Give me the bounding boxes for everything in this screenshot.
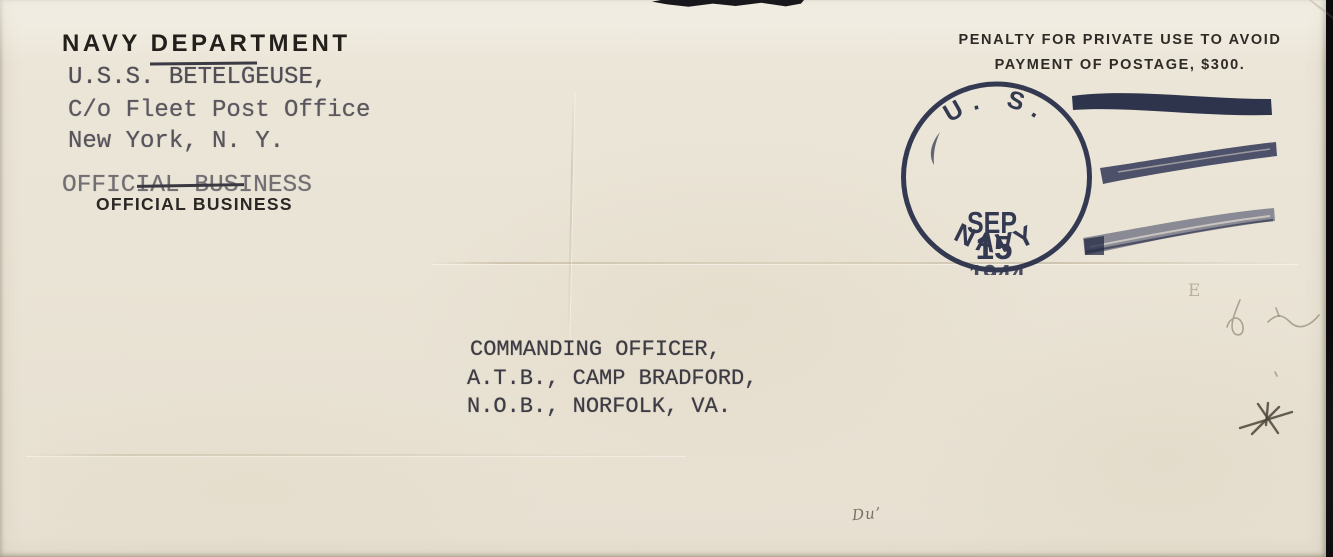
killer-bar-1 [1072,93,1272,115]
penalty-line1: PENALTY FOR PRIVATE USE TO AVOID [930,32,1310,48]
scan-edge-smudge [652,0,804,8]
bar-texture-streak [1118,149,1270,172]
pencil-note-bottom: Du’ [851,504,882,524]
pencil-loop-squiggle [1227,300,1243,335]
corner-crease [1293,0,1333,27]
bar-ink-blotch [1084,236,1104,255]
penalty-line2: PAYMENT OF POSTAGE, $300. [930,57,1310,73]
postmark-ink-crescent [931,132,940,165]
pencil-tick [1276,308,1279,316]
recipient-line3: N.O.B., NORFOLK, VA. [467,393,757,422]
penalty-notice: PENALTY FOR PRIVATE USE TO AVOID PAYMENT… [930,32,1310,73]
horizontal-crease [26,454,686,456]
recipient-line1: COMMANDING OFFICER, [470,336,757,365]
pencil-marks [1180,270,1333,445]
return-address-fleet-post-office: C/o Fleet Post Office [68,97,370,124]
ship-prefix: U.S.S. [68,64,169,91]
pencil-asterisk [1240,403,1292,434]
postmark-year: 1944 [969,259,1025,275]
official-business-printed: OFFICIAL BUSINESS [96,194,293,215]
recipient-address: COMMANDING OFFICER, A.T.B., CAMP BRADFOR… [467,336,757,422]
envelope-paper: NAVY DEPARTMENT U.S.S. BETELGEUSE, C/o F… [0,0,1326,557]
return-address-department: NAVY DEPARTMENT [62,30,351,58]
scanned-envelope: NAVY DEPARTMENT U.S.S. BETELGEUSE, C/o F… [0,0,1333,557]
killer-bars [1072,93,1277,255]
ship-name: BETELGEUSE, [169,64,327,91]
vertical-crease [567,92,574,340]
navy-postmark: U. S. SEP 15 1944 NAVY [890,75,1300,275]
pencil-dot [1275,372,1277,376]
recipient-line2: A.T.B., CAMP BRADFORD, [467,365,757,394]
return-address-ship-line: U.S.S. BETELGEUSE, [68,64,327,91]
killer-bar-2 [1100,142,1277,184]
return-address-city: New York, N. Y. [68,128,284,155]
pencil-wavy-line [1268,315,1319,327]
